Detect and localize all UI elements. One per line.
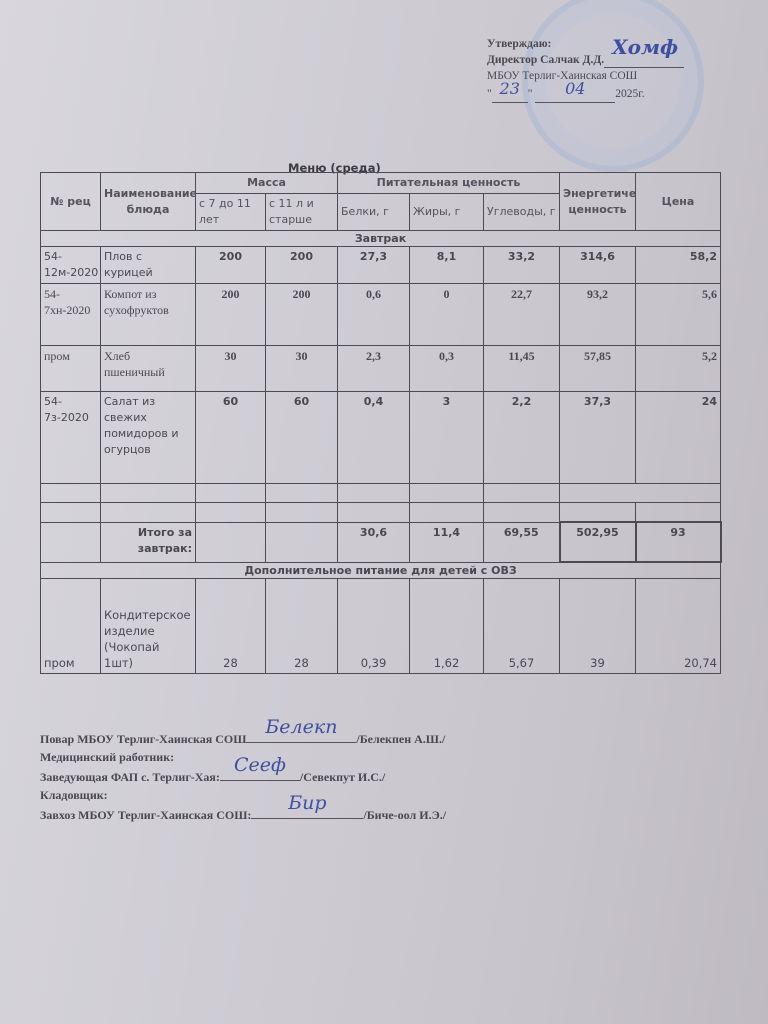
header-mass-11-plus: с 11 л и старше — [266, 194, 338, 231]
director-signature-line: Хомф — [604, 53, 684, 68]
empty-row — [41, 503, 721, 523]
signature-cook: Повар МБОУ Терлиг-Хаинская СОШБелекп/Бел… — [40, 728, 600, 748]
date-month: 04 — [535, 84, 615, 103]
header-carbs: Углеводы, г — [484, 194, 560, 231]
header-mass-7-11: с 7 до 11 лет — [196, 194, 266, 231]
breakfast-total-row: Итого за завтрак: 30,6 11,4 69,55 502,95… — [41, 522, 721, 562]
header-recipe-no: № рец — [41, 173, 101, 231]
header-price: Цена — [636, 173, 721, 231]
menu-table: № рец Наименование блюда Масса Питательн… — [40, 172, 722, 674]
supply-manager-signature: Бир — [251, 794, 363, 812]
empty-row — [41, 484, 721, 503]
signature-supply-manager: Завхоз МБОУ Терлиг-Хаинская СОШ:Бир/Биче… — [40, 804, 600, 824]
cook-signature: Белекп — [246, 718, 356, 736]
director-line: Директор Салчак Д.Д.Хомф — [487, 52, 717, 68]
total-carbs: 69,55 — [484, 522, 560, 562]
header-dish-name: Наименование блюда — [101, 173, 196, 231]
approval-date: "23" 042025г. — [487, 84, 717, 103]
header-mass: Масса — [196, 173, 338, 194]
table-row: пром Кондитерское изделие (Чокопай 1шт) … — [41, 579, 721, 674]
director-signature: Хомф — [612, 39, 678, 55]
section-breakfast: Завтрак — [41, 231, 721, 247]
approve-label: Утверждаю: — [487, 36, 717, 52]
total-label: Итого за завтрак: — [101, 522, 196, 562]
header-protein: Белки, г — [338, 194, 410, 231]
table-row: 54-7хн-2020 Компот из сухофруктов 200 20… — [41, 284, 721, 346]
signatures-block: Повар МБОУ Терлиг-Хаинская СОШБелекп/Бел… — [40, 728, 600, 824]
table-row: 54-7з-2020 Салат из свежих помидоров и о… — [41, 392, 721, 484]
signature-fap-head: Заведующая ФАП с. Терлиг-Хая:Сееф/Севекп… — [40, 766, 600, 786]
total-energy: 502,95 — [560, 522, 636, 562]
fap-head-signature: Сееф — [220, 756, 300, 774]
table-row: 54-12м-2020 Плов с курицей 200 200 27,3 … — [41, 247, 721, 284]
director-name: Директор Салчак Д.Д. — [487, 54, 604, 66]
total-protein: 30,6 — [338, 522, 410, 562]
approval-block: Утверждаю: Директор Салчак Д.Д.Хомф МБОУ… — [487, 36, 717, 103]
signature-medic: Медицинский работник: — [40, 748, 600, 766]
header-nutrition: Питательная ценность — [338, 173, 560, 194]
section-ovz: Дополнительное питание для детей с ОВЗ — [41, 562, 721, 579]
total-price: 93 — [636, 522, 721, 562]
total-fat: 11,4 — [410, 522, 484, 562]
date-year: 2025г. — [615, 88, 644, 100]
header-energy: Энергетическая ценность — [560, 173, 636, 231]
school-name: МБОУ Терлиг-Хаинская СОШ — [487, 68, 717, 84]
date-day: 23 — [492, 84, 528, 103]
table-row: пром Хлеб пшеничный 30 30 2,3 0,3 11,45 … — [41, 346, 721, 392]
header-fat: Жиры, г — [410, 194, 484, 231]
